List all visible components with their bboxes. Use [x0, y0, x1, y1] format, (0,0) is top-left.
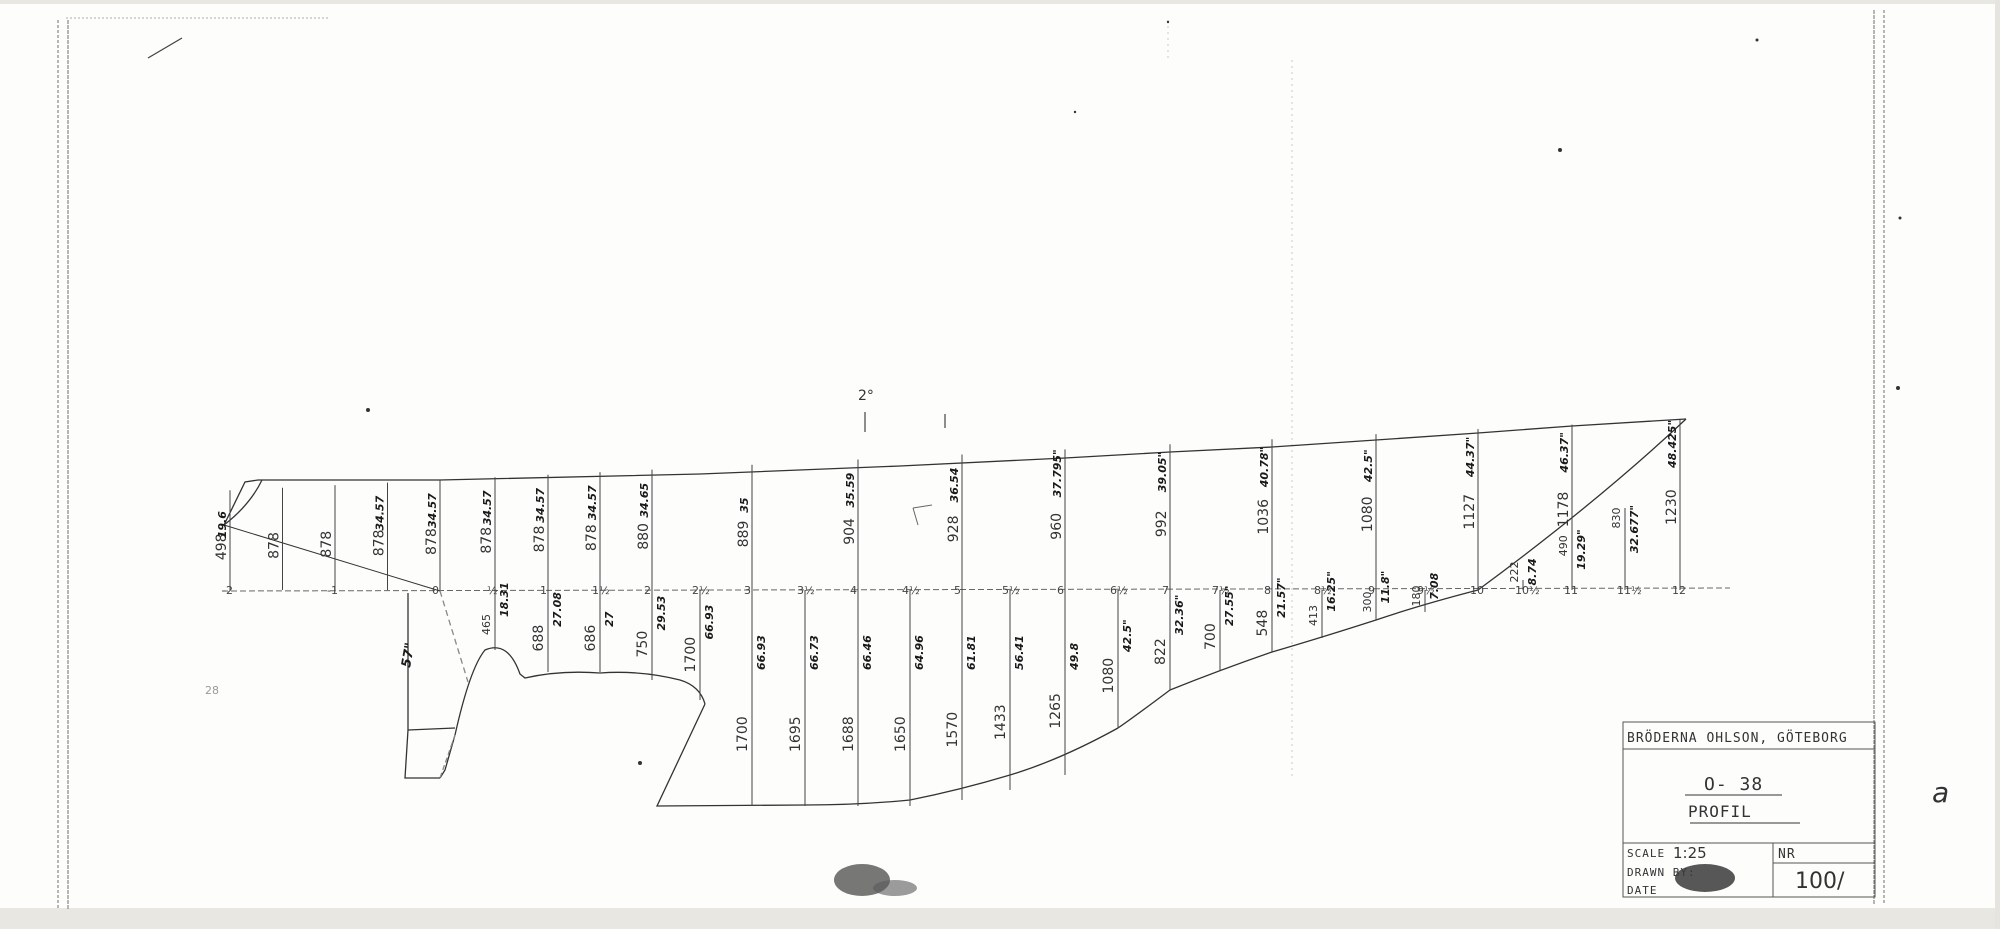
lower-dim-mm: 465	[480, 614, 493, 635]
lower-dim-inch: 19.29"	[1575, 529, 1588, 570]
station-tick: 5	[954, 584, 961, 597]
lower-dim-mm: 300	[1361, 592, 1374, 613]
lower-dim-mm: 1080	[1101, 658, 1117, 694]
upper-dim-mm: 878	[267, 532, 283, 559]
upper-dim-inch: 44.37"	[1464, 437, 1477, 479]
date-label: DATE	[1627, 884, 1658, 897]
upper-dim-mm: 878	[532, 526, 548, 553]
station-tick: 10	[1470, 584, 1484, 597]
lower-dim-inch: 66.46	[861, 635, 874, 670]
upper-dim-mm: 878	[372, 530, 388, 557]
lower-dim-mm: 750	[635, 631, 651, 658]
profile-drawing: -2-10½11½22½33½44½55½66½77½88½99½1010½11…	[0, 0, 2000, 929]
keel-height-label: 57"	[399, 642, 418, 669]
lower-dim-inch: 49.8	[1068, 643, 1081, 671]
scan-specks	[366, 21, 1902, 765]
station-tick: 3	[744, 584, 751, 597]
drawing-sheet: -2-10½11½22½33½44½55½66½77½88½99½1010½11…	[0, 0, 2000, 929]
lower-dim-mm: 1433	[993, 704, 1009, 740]
drawing-title: PROFIL	[1688, 802, 1752, 821]
lower-dim-mm: 1700	[735, 716, 751, 752]
station-tick: 12	[1672, 584, 1686, 597]
station-tick: 1½	[592, 584, 610, 597]
station-tick: 1	[540, 584, 547, 597]
station-tick: -1	[327, 584, 338, 597]
station-tick: 8	[1264, 584, 1271, 597]
lower-dim-inch: 11.8"	[1379, 571, 1392, 604]
lower-dim-inch: 64.96	[913, 635, 926, 670]
station-tick: 4	[850, 584, 857, 597]
lower-dim-mm: 413	[1307, 605, 1320, 626]
upper-dim-mm: 878	[424, 528, 440, 555]
upper-dim-mm: 1230	[1664, 489, 1680, 525]
lower-dim-inch: 27.55"	[1223, 585, 1236, 626]
station-tick: 11½	[1617, 584, 1642, 597]
upper-dim-inch: 40.78"	[1258, 447, 1271, 489]
lower-dim-mm: 490	[1557, 535, 1570, 556]
upper-dim-mm: 878	[584, 524, 600, 551]
station-tick: -2	[222, 584, 233, 597]
scale-label: SCALE	[1627, 847, 1665, 860]
lower-dim-mm: 548	[1255, 610, 1271, 637]
upper-dim-mm: 889	[736, 521, 752, 548]
upper-dim-inch: 34.57	[481, 490, 494, 525]
upper-dim-mm: 1127	[1462, 494, 1478, 530]
upper-dim-inch: 34.65	[638, 482, 651, 517]
lower-dim-mm: 1650	[893, 716, 909, 752]
upper-dim-inch: 39.05"	[1156, 452, 1169, 493]
station-tick: 3½	[797, 584, 815, 597]
upper-dim-inch: 34.57	[534, 488, 547, 523]
lower-dim-mm: 1688	[841, 716, 857, 752]
lower-dim-inch: 27	[603, 611, 616, 627]
station-tick: 0	[432, 584, 439, 597]
lower-dim-inch: 66.73	[808, 635, 821, 670]
lower-dim-mm: 1570	[945, 712, 961, 748]
margin-mark: a	[1932, 776, 1949, 809]
lower-dim-inch: 29.53	[655, 595, 668, 630]
upper-dim-inch: 36.54	[948, 468, 961, 503]
upper-dim-mm: 992	[1154, 510, 1170, 537]
station-tick: 5½	[1002, 584, 1020, 597]
upper-dim-inch: 46.37"	[1558, 432, 1571, 474]
upper-dim-inch: 42.5"	[1362, 449, 1375, 483]
station-tick: 7	[1162, 584, 1169, 597]
upper-dim-mm: 878	[479, 527, 495, 554]
upper-dim-mm: 928	[946, 515, 962, 542]
lower-dim-mm: 1700	[683, 637, 699, 673]
nr-label: NR	[1778, 847, 1796, 862]
upper-dim-mm: 904	[842, 518, 858, 545]
nr-value: 100/	[1795, 869, 1845, 894]
lower-dim-inch: 66.93	[755, 635, 768, 670]
lower-dim-mm: 222	[1508, 562, 1521, 583]
station-tick: 2½	[692, 584, 710, 597]
upper-dim-mm: 960	[1049, 513, 1065, 540]
upper-dim-inch: 37.795"	[1051, 449, 1064, 497]
lower-dim-inch: 18.31	[498, 582, 511, 617]
angle-annotation: 2°	[858, 388, 945, 525]
lower-dim-mm: 700	[1203, 623, 1219, 650]
lower-dim-mm: 688	[531, 625, 547, 652]
lower-dim-inch: 61.81	[965, 635, 978, 670]
lower-dim-inch: 32.36"	[1173, 594, 1186, 635]
upper-dim-inch: 48.425"	[1666, 420, 1679, 469]
scale-value: 1:25	[1673, 844, 1707, 862]
lower-dim-mm: 830	[1610, 508, 1623, 529]
upper-dim-inch: 34.57	[426, 493, 439, 528]
upper-dim-inch: 34.57	[586, 485, 599, 520]
station-tick: 2	[644, 584, 651, 597]
lower-dim-inch: 16.25"	[1325, 571, 1338, 612]
upper-dim-mm: 1036	[1256, 499, 1272, 535]
border-frame	[58, 10, 1884, 910]
station-tick: 4½	[902, 584, 920, 597]
upper-dim-mm: 1178	[1556, 492, 1572, 528]
company-name: BRÖDERNA OHLSON, GÖTEBORG	[1627, 729, 1848, 746]
faint-mark: 28	[205, 684, 219, 697]
upper-dim-inch: 34.57	[374, 495, 387, 530]
lower-dim-mm: 686	[583, 625, 599, 652]
upper-dim-mm: 880	[636, 523, 652, 550]
redaction-smudge	[1675, 864, 1735, 892]
lower-dim-inch: 32.677"	[1628, 505, 1641, 553]
upper-dim-mm: 1080	[1360, 496, 1376, 532]
lower-dim-inch: 56.41	[1013, 635, 1026, 670]
lower-dim-inch: 66.93	[703, 604, 716, 639]
station-tick: 11	[1564, 584, 1578, 597]
station-tick: 6	[1057, 584, 1064, 597]
lower-dim-inch: 21.57"	[1275, 577, 1288, 618]
upper-dim-inch: 35.59	[844, 472, 857, 507]
lower-dim-inch: 7.08	[1428, 572, 1441, 599]
lower-dim-mm: 822	[1153, 638, 1169, 665]
upper-dim-inch: 19.6	[216, 511, 229, 538]
upper-dim-mm: 878	[319, 531, 335, 558]
lower-dim-inch: 27.08	[551, 592, 564, 627]
lower-dim-mm: 1695	[788, 716, 804, 752]
upper-dim-inch: 35	[738, 497, 751, 513]
drawing-id: O- 38	[1704, 774, 1763, 795]
lower-dim-inch: 42.5"	[1121, 619, 1134, 653]
lower-dim-mm: 180	[1410, 586, 1423, 607]
lower-dim-mm: 1265	[1048, 693, 1064, 729]
station-tick: 6½	[1110, 584, 1128, 597]
station-tick: ½	[487, 584, 498, 597]
lower-dim-inch: 8.74	[1526, 558, 1539, 585]
angle-label: 2°	[858, 388, 874, 404]
